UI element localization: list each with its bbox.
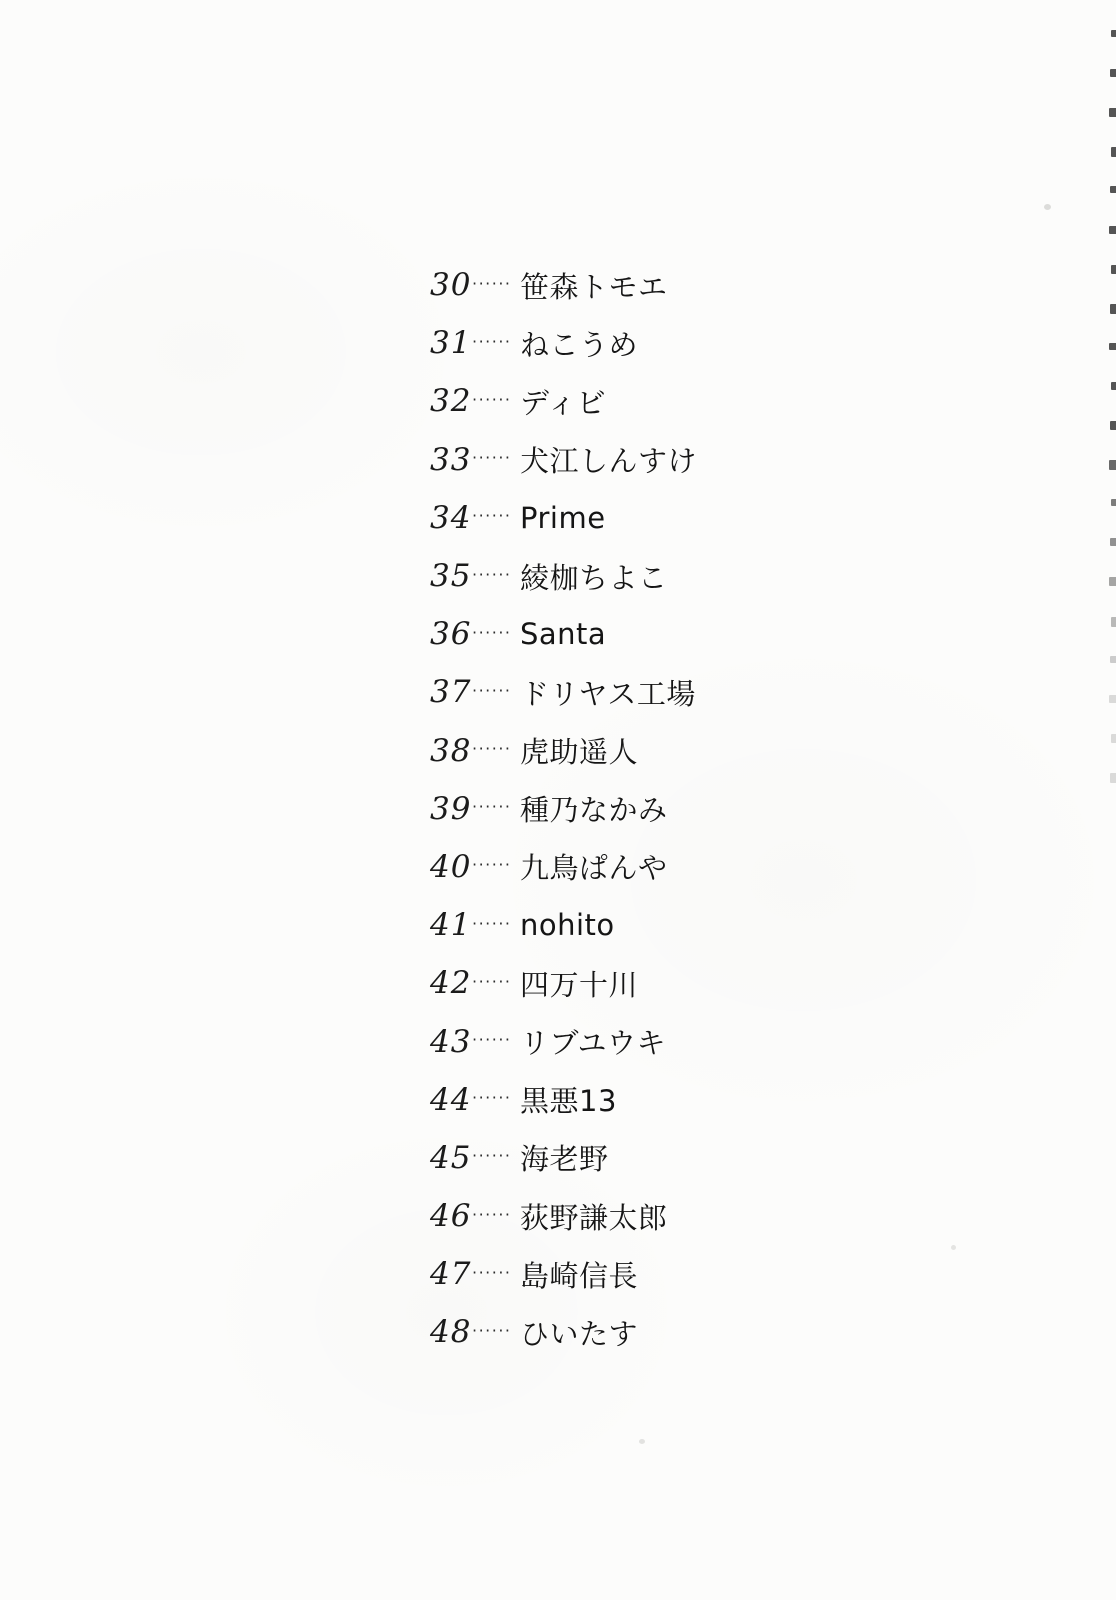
scan-speck bbox=[639, 1439, 645, 1444]
toc-entry: 32······ディビ bbox=[430, 372, 697, 430]
toc-page-number: 43 bbox=[430, 1024, 472, 1060]
edge-tick bbox=[1110, 773, 1116, 783]
dot-leader: ······ bbox=[472, 914, 513, 933]
toc-author-name: 虎助遥人 bbox=[520, 730, 638, 771]
edge-tick bbox=[1110, 656, 1116, 663]
dot-leader: ······ bbox=[472, 448, 513, 467]
toc-author-name: 九鳥ぱんや bbox=[520, 846, 668, 887]
toc-entry: 43······リブユウキ bbox=[430, 1012, 697, 1070]
dot-leader: ······ bbox=[472, 739, 513, 758]
toc-page-number: 36 bbox=[430, 616, 472, 652]
edge-tick bbox=[1109, 108, 1116, 117]
scan-speck bbox=[951, 1245, 956, 1250]
toc-page-number: 44 bbox=[430, 1082, 472, 1118]
toc-author-name: 荻野謙太郎 bbox=[520, 1196, 668, 1237]
toc-entry: 44······黒悪13 bbox=[430, 1071, 697, 1129]
toc-entry: 36······Santa bbox=[430, 605, 697, 663]
toc-page-number: 42 bbox=[430, 965, 472, 1001]
toc-author-name: 犬江しんすけ bbox=[520, 439, 697, 480]
scan-speck bbox=[1044, 204, 1051, 210]
dot-leader: ······ bbox=[472, 1205, 513, 1224]
toc-entry: 47······島崎信長 bbox=[430, 1245, 697, 1303]
toc-entry: 39······種乃なかみ bbox=[430, 780, 697, 838]
toc-page-number: 40 bbox=[430, 849, 472, 885]
toc-author-name: 笹森トモエ bbox=[520, 265, 668, 306]
edge-tick bbox=[1110, 538, 1116, 546]
toc-entry: 38······虎助遥人 bbox=[430, 722, 697, 780]
toc-author-name: Prime bbox=[520, 501, 606, 535]
dot-leader: ······ bbox=[472, 390, 513, 409]
edge-tick bbox=[1109, 226, 1116, 234]
toc-author-name: リブユウキ bbox=[520, 1021, 666, 1062]
toc-author-name: Santa bbox=[520, 617, 606, 651]
toc-entry: 33······犬江しんすけ bbox=[430, 431, 697, 489]
toc-page-number: 33 bbox=[430, 442, 472, 478]
edge-tick bbox=[1110, 421, 1116, 430]
edge-tick bbox=[1111, 499, 1116, 506]
dot-leader: ······ bbox=[472, 1263, 513, 1282]
toc-page-number: 31 bbox=[430, 325, 472, 361]
toc-page-number: 35 bbox=[430, 558, 472, 594]
toc-entry: 30······笹森トモエ bbox=[430, 256, 697, 314]
toc-entry: 41······nohito bbox=[430, 896, 697, 954]
toc-page-number: 32 bbox=[430, 383, 472, 419]
dot-leader: ······ bbox=[472, 1146, 513, 1165]
toc-entry: 34······Prime bbox=[430, 489, 697, 547]
edge-tick bbox=[1111, 265, 1116, 274]
edge-tick bbox=[1109, 460, 1116, 470]
dot-leader: ······ bbox=[472, 565, 513, 584]
toc-entry: 42······四万十川 bbox=[430, 954, 697, 1012]
toc-entry: 40······九鳥ぱんや bbox=[430, 838, 697, 896]
toc-page-number: 37 bbox=[430, 674, 472, 710]
toc-entry: 46······荻野謙太郎 bbox=[430, 1187, 697, 1245]
toc-author-name: 種乃なかみ bbox=[520, 788, 668, 829]
toc-entry: 37······ドリヤス工場 bbox=[430, 663, 697, 721]
toc-author-name: 綾枷ちよこ bbox=[520, 556, 668, 597]
dot-leader: ······ bbox=[472, 1321, 513, 1340]
toc-author-name: 島崎信長 bbox=[520, 1254, 638, 1295]
toc-author-name: ひいたす bbox=[520, 1312, 638, 1353]
dot-leader: ······ bbox=[472, 506, 513, 525]
dot-leader: ······ bbox=[472, 1030, 513, 1049]
toc-author-name: nohito bbox=[520, 908, 615, 942]
toc-author-name: ディビ bbox=[520, 381, 606, 422]
toc-page-number: 46 bbox=[430, 1198, 472, 1234]
toc-author-name: 黒悪13 bbox=[520, 1079, 617, 1120]
toc-page-number: 39 bbox=[430, 791, 472, 827]
toc-entry: 45······海老野 bbox=[430, 1129, 697, 1187]
dot-leader: ······ bbox=[472, 855, 513, 874]
toc-author-name: ドリヤス工場 bbox=[520, 672, 696, 713]
dot-leader: ······ bbox=[472, 681, 513, 700]
toc-author-name: 海老野 bbox=[520, 1137, 609, 1178]
toc-page-number: 47 bbox=[430, 1256, 472, 1292]
toc-page-number: 45 bbox=[430, 1140, 472, 1176]
toc-page-number: 48 bbox=[430, 1314, 472, 1350]
dot-leader: ······ bbox=[472, 797, 513, 816]
dot-leader: ······ bbox=[472, 332, 513, 351]
toc-page-number: 41 bbox=[430, 907, 472, 943]
edge-tick bbox=[1110, 304, 1116, 314]
dot-leader: ······ bbox=[472, 274, 513, 293]
dot-leader: ······ bbox=[472, 623, 513, 642]
toc-entry: 35······綾枷ちよこ bbox=[430, 547, 697, 605]
edge-tick bbox=[1111, 30, 1116, 37]
toc-author-name: ねこうめ bbox=[520, 323, 638, 364]
dot-leader: ······ bbox=[472, 1088, 513, 1107]
edge-tick bbox=[1109, 577, 1116, 586]
toc-entry: 31······ねこうめ bbox=[430, 314, 697, 372]
edge-tick bbox=[1111, 147, 1116, 157]
edge-tick bbox=[1111, 382, 1116, 390]
toc-page-number: 38 bbox=[430, 733, 472, 769]
edge-tick bbox=[1109, 695, 1116, 703]
edge-tick bbox=[1111, 734, 1116, 743]
toc-list: 30······笹森トモエ31······ねこうめ32······ディビ33··… bbox=[430, 256, 697, 1362]
edge-tick bbox=[1110, 69, 1116, 77]
toc-page-number: 30 bbox=[430, 267, 472, 303]
toc-page-number: 34 bbox=[430, 500, 472, 536]
edge-tick bbox=[1110, 186, 1116, 193]
scan-edge-marks bbox=[1104, 0, 1116, 1600]
toc-entry: 48······ひいたす bbox=[430, 1303, 697, 1361]
edge-tick bbox=[1111, 617, 1116, 627]
edge-tick bbox=[1109, 343, 1116, 350]
toc-author-name: 四万十川 bbox=[520, 963, 638, 1004]
dot-leader: ······ bbox=[472, 972, 513, 991]
